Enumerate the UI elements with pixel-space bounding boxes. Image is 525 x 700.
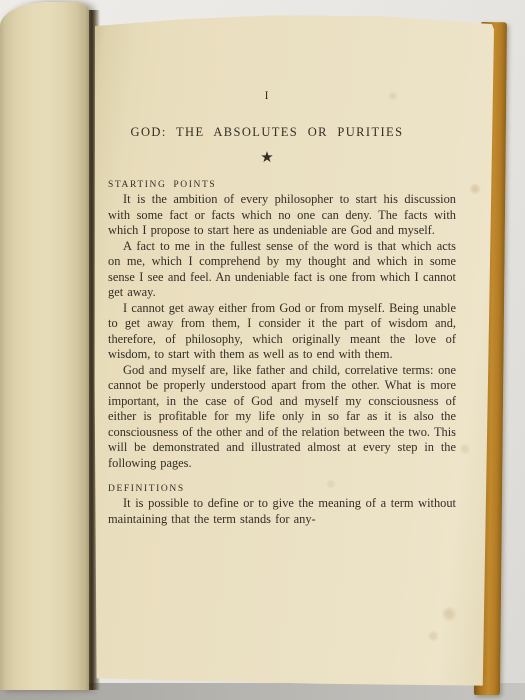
paragraph: It is possible to define or to give the … [108, 496, 456, 527]
book-page: I GOD: THE ABSOLUTES OR PURITIES ★ START… [93, 14, 494, 687]
chapter-number: I [108, 90, 456, 102]
paragraph: A fact to me in the fullest sense of the… [108, 239, 456, 301]
section-heading-definitions: DEFINITIONS [108, 484, 456, 494]
section-body-definitions: It is possible to define or to give the … [108, 496, 456, 527]
facing-page-curl [0, 2, 89, 690]
section-heading-starting-points: STARTING POINTS [108, 180, 456, 190]
chapter-title: GOD: THE ABSOLUTES OR PURITIES [108, 125, 456, 140]
paragraph: It is the ambition of every philosopher … [108, 192, 456, 239]
star-divider-icon: ★ [108, 151, 456, 166]
page-content: I GOD: THE ABSOLUTES OR PURITIES ★ START… [108, 14, 456, 527]
paragraph: I cannot get away either from God or fro… [108, 301, 456, 363]
paragraph: God and myself are, like father and chil… [108, 363, 456, 472]
photo-background: I GOD: THE ABSOLUTES OR PURITIES ★ START… [0, 0, 525, 700]
section-body-starting-points: It is the ambition of every philosopher … [108, 192, 456, 471]
